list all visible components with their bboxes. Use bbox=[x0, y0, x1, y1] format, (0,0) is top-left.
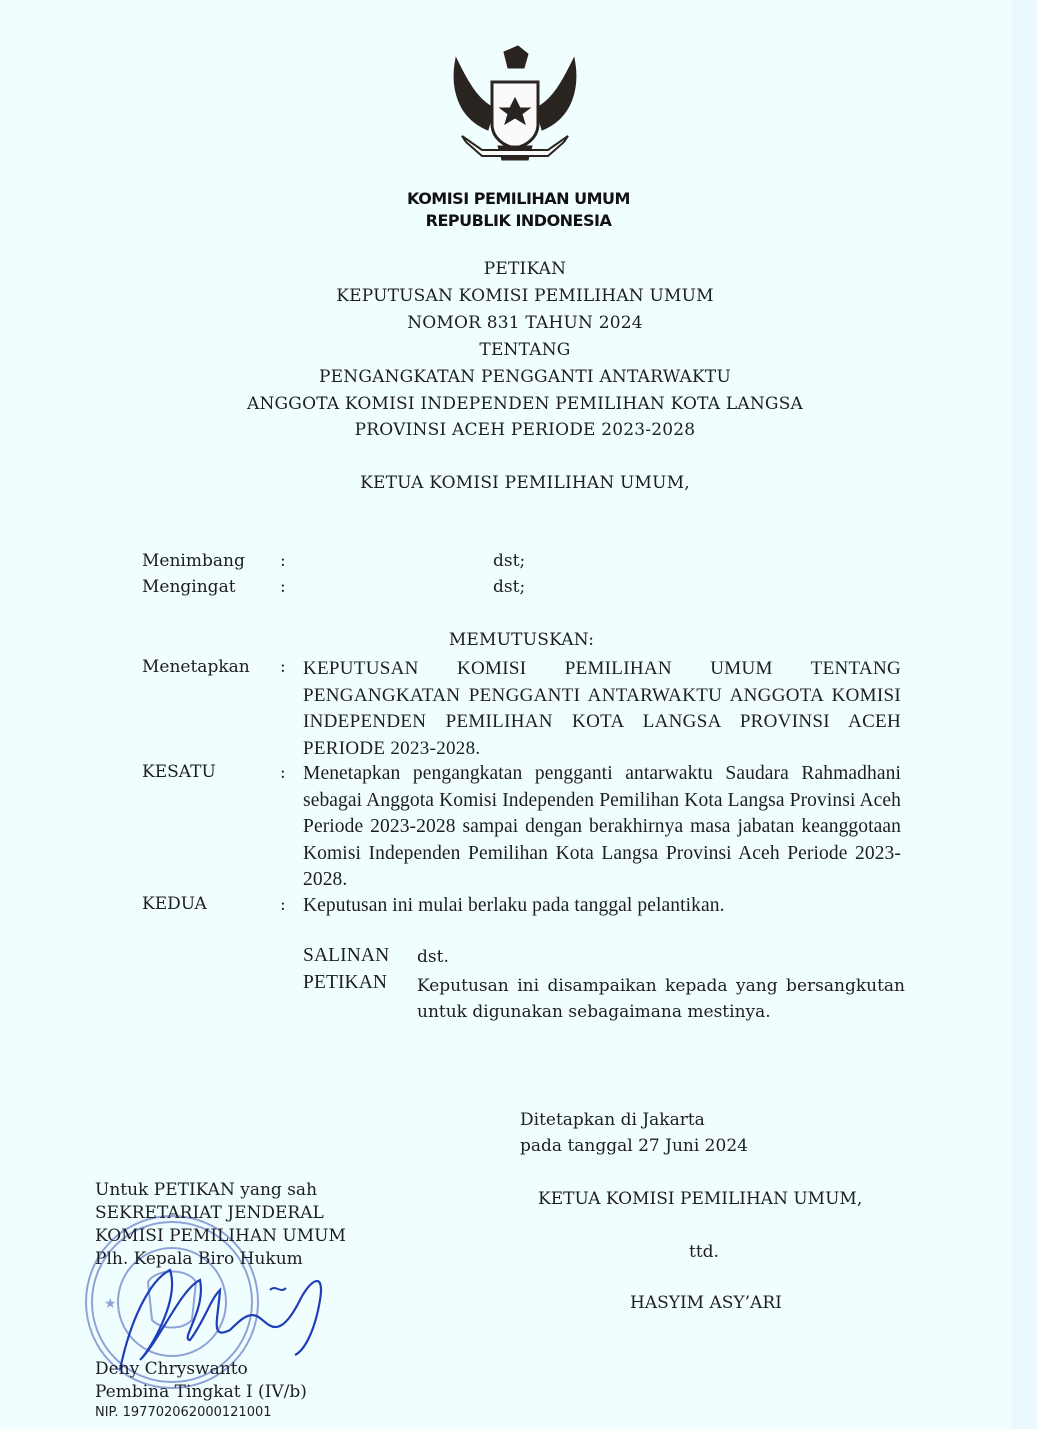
salinan-text: dst. bbox=[417, 947, 449, 967]
clause-text: Keputusan ini mulai berlaku pada tanggal… bbox=[303, 893, 901, 920]
petikan-label: PETIKAN bbox=[303, 972, 387, 994]
decision-heading: MEMUTUSKAN: bbox=[0, 630, 1037, 650]
consideration-value: dst; bbox=[493, 551, 525, 571]
auth-rank: Pembina Tingkat I (IV/b) bbox=[95, 1382, 307, 1402]
colon: : bbox=[280, 895, 286, 915]
enactment-date: pada tanggal 27 Juni 2024 bbox=[520, 1136, 748, 1156]
title-line: NOMOR 831 TAHUN 2024 bbox=[0, 313, 1037, 333]
colon: : bbox=[280, 551, 286, 571]
title-line: KEPUTUSAN KOMISI PEMILIHAN UMUM bbox=[0, 286, 1037, 306]
consideration-value: dst; bbox=[493, 577, 525, 597]
clause-label: Menetapkan bbox=[142, 657, 250, 677]
issuer-title: KETUA KOMISI PEMILIHAN UMUM, bbox=[0, 473, 1037, 493]
petikan-text: Keputusan ini disampaikan kepada yang be… bbox=[417, 973, 905, 1025]
title-line: PENGANGKATAN PENGGANTI ANTARWAKTU bbox=[0, 367, 1037, 387]
signer-title: KETUA KOMISI PEMILIHAN UMUM, bbox=[538, 1189, 862, 1209]
clause-label: KESATU bbox=[142, 762, 216, 782]
title-line: PROVINSI ACEH PERIODE 2023-2028 bbox=[0, 420, 1037, 440]
institution-name: KOMISI PEMILIHAN UMUM bbox=[0, 189, 1037, 208]
title-line: ANGGOTA KOMISI INDEPENDEN PEMILIHAN KOTA… bbox=[0, 394, 1037, 414]
title-line: PETIKAN bbox=[0, 259, 1037, 279]
garuda-emblem-icon bbox=[448, 38, 582, 172]
auth-name: Deny Chryswanto bbox=[95, 1359, 248, 1379]
consideration-label: Menimbang bbox=[142, 551, 245, 571]
auth-nip: NIP. 197702062000121001 bbox=[95, 1405, 272, 1420]
clause-text: KEPUTUSAN KOMISI PEMILIHAN UMUM TENTANG … bbox=[303, 656, 901, 762]
enactment-place: Ditetapkan di Jakarta bbox=[520, 1110, 705, 1130]
signer-name: HASYIM ASY’ARI bbox=[630, 1293, 782, 1313]
institution-country: REPUBLIK INDONESIA bbox=[0, 211, 1037, 230]
signed-mark: ttd. bbox=[689, 1242, 719, 1262]
colon: : bbox=[280, 577, 286, 597]
title-line: TENTANG bbox=[0, 340, 1037, 360]
auth-line: SEKRETARIAT JENDERAL bbox=[95, 1203, 324, 1223]
clause-text: Menetapkan pengangkatan pengganti antarw… bbox=[303, 761, 901, 894]
colon: : bbox=[280, 763, 286, 783]
salinan-label: SALINAN bbox=[303, 945, 389, 967]
auth-line: KOMISI PEMILIHAN UMUM bbox=[95, 1226, 346, 1246]
auth-line: Untuk PETIKAN yang sah bbox=[95, 1180, 317, 1200]
colon: : bbox=[280, 657, 286, 677]
consideration-label: Mengingat bbox=[142, 577, 236, 597]
clause-label: KEDUA bbox=[142, 894, 207, 914]
